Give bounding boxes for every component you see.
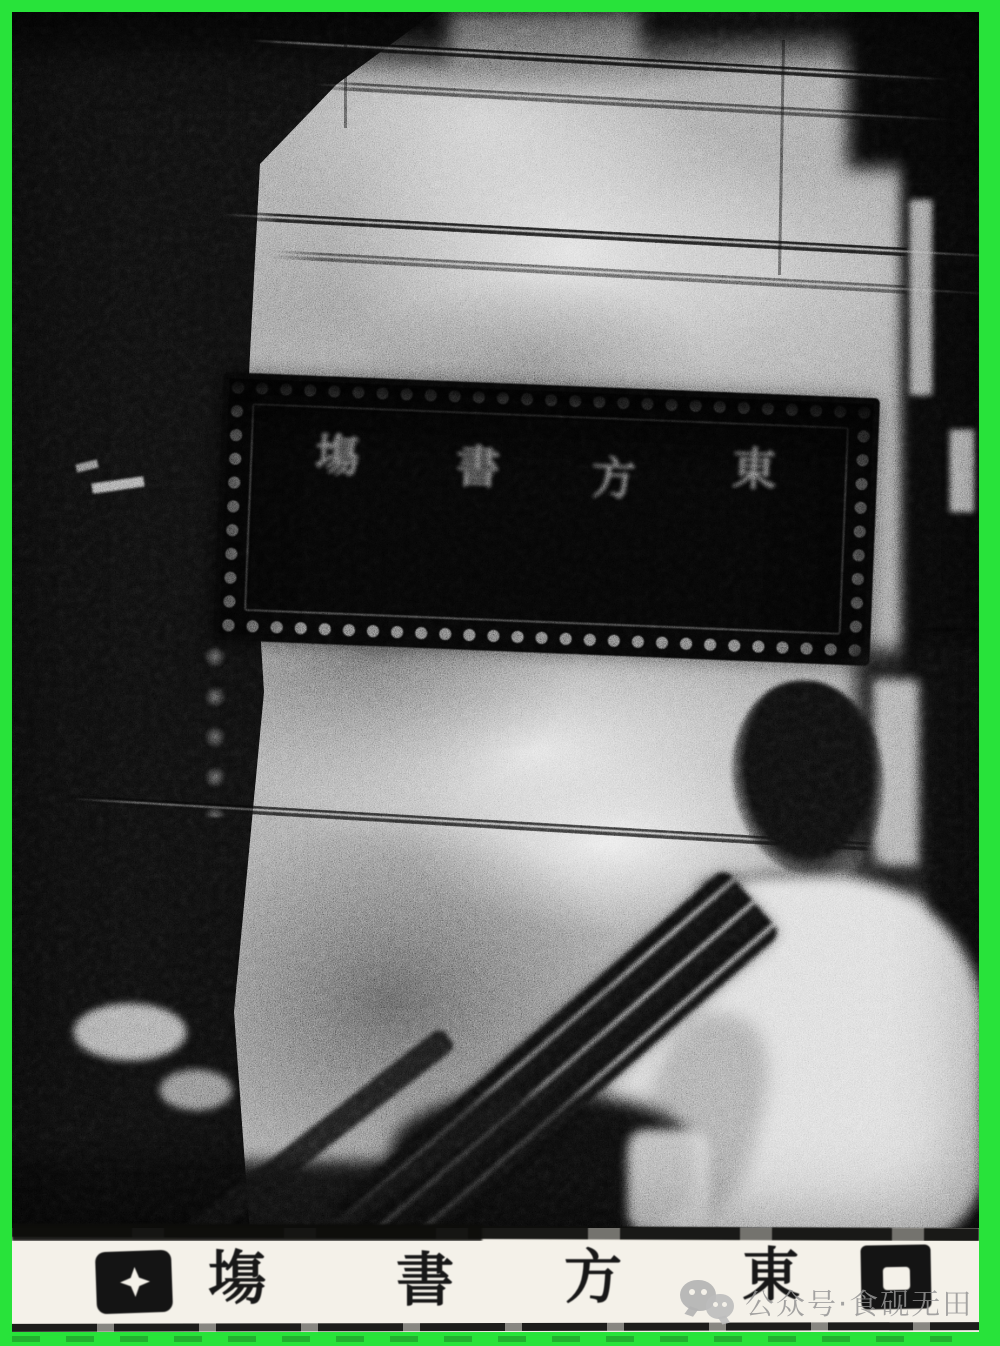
caption-ornament-square-left [95, 1250, 173, 1315]
photo-vignette [12, 12, 979, 1228]
page: 塲 書 方 東 [0, 0, 1000, 1346]
newspaper-photo: 塲 書 方 東 [12, 12, 979, 1228]
caption-char: 方 [564, 1248, 622, 1306]
watermark-text: 公众号·食砚无田 [745, 1282, 973, 1323]
wechat-bubble-small [706, 1294, 734, 1319]
scan-content: 塲 書 方 東 [12, 12, 979, 1332]
caption-char: 塲 [208, 1249, 266, 1307]
wechat-icon [680, 1278, 738, 1326]
caption-char: 書 [396, 1251, 454, 1309]
wechat-bubble-tail [684, 1306, 698, 1316]
watermark: 公众号·食砚无田 [680, 1274, 979, 1330]
caption-top-rule-left [12, 1224, 482, 1241]
bottom-edge-speckle [12, 1336, 952, 1342]
wechat-bubble-tail-2 [718, 1315, 730, 1324]
